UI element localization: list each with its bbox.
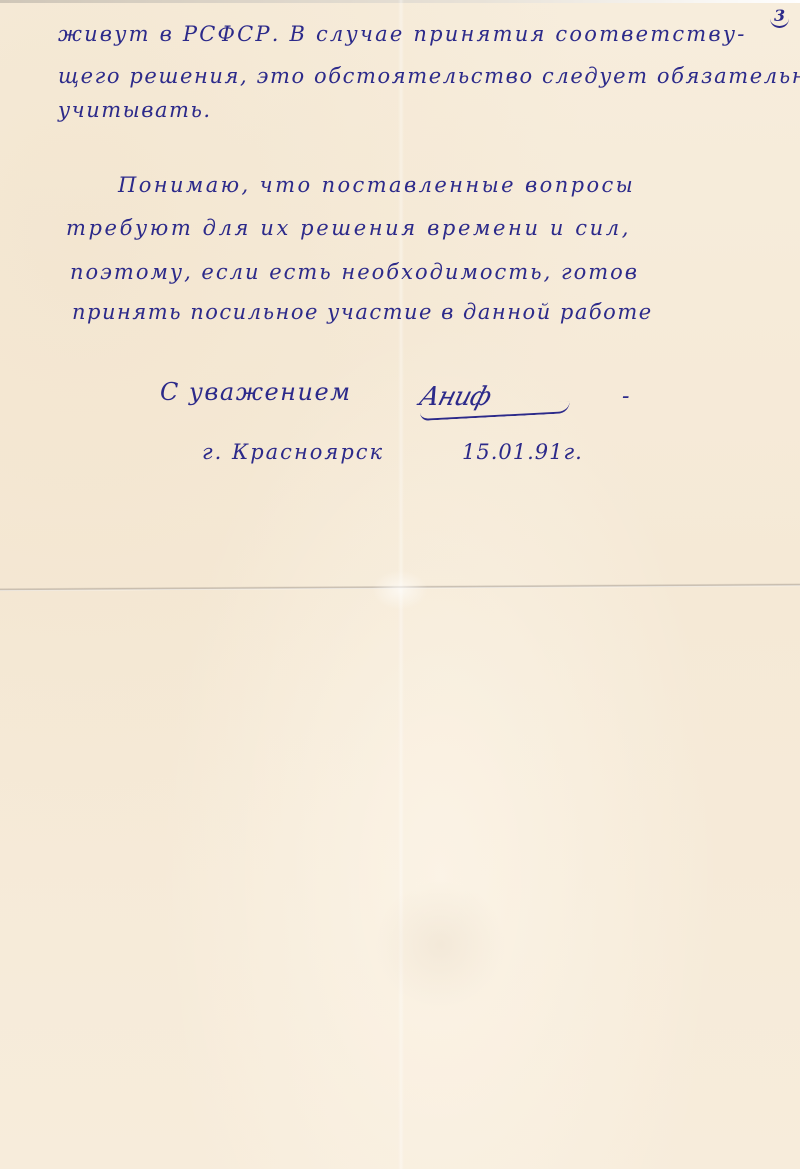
paper-watermark (375, 880, 505, 1010)
page-number: 3 (770, 6, 789, 28)
paragraph-2-line-4: принять посильное участие в данной работ… (72, 302, 653, 323)
paragraph-1-line-2: щего решения, это обстоятельство следует… (58, 66, 800, 87)
paragraph-1-line-3: учитывать. (58, 100, 212, 121)
letter-page: 3 живут в РСФСР. В случае принятия соотв… (0, 0, 800, 1169)
closing-salutation: С уважением (160, 380, 352, 404)
fold-crease-intersection (372, 570, 428, 610)
paragraph-1-line-1: живут в РСФСР. В случае принятия соответ… (58, 24, 747, 45)
place: г. Красноярск (202, 442, 384, 463)
paragraph-2-line-2: требуют для их решения времени и сил, (66, 218, 631, 239)
signature-dash: - (622, 386, 631, 408)
date: 15.01.91г. (462, 442, 583, 463)
paragraph-2-line-1: Понимаю, что поставленные вопросы (118, 175, 635, 196)
paragraph-2-line-3: поэтому, если есть необходимость, готов (70, 262, 639, 283)
